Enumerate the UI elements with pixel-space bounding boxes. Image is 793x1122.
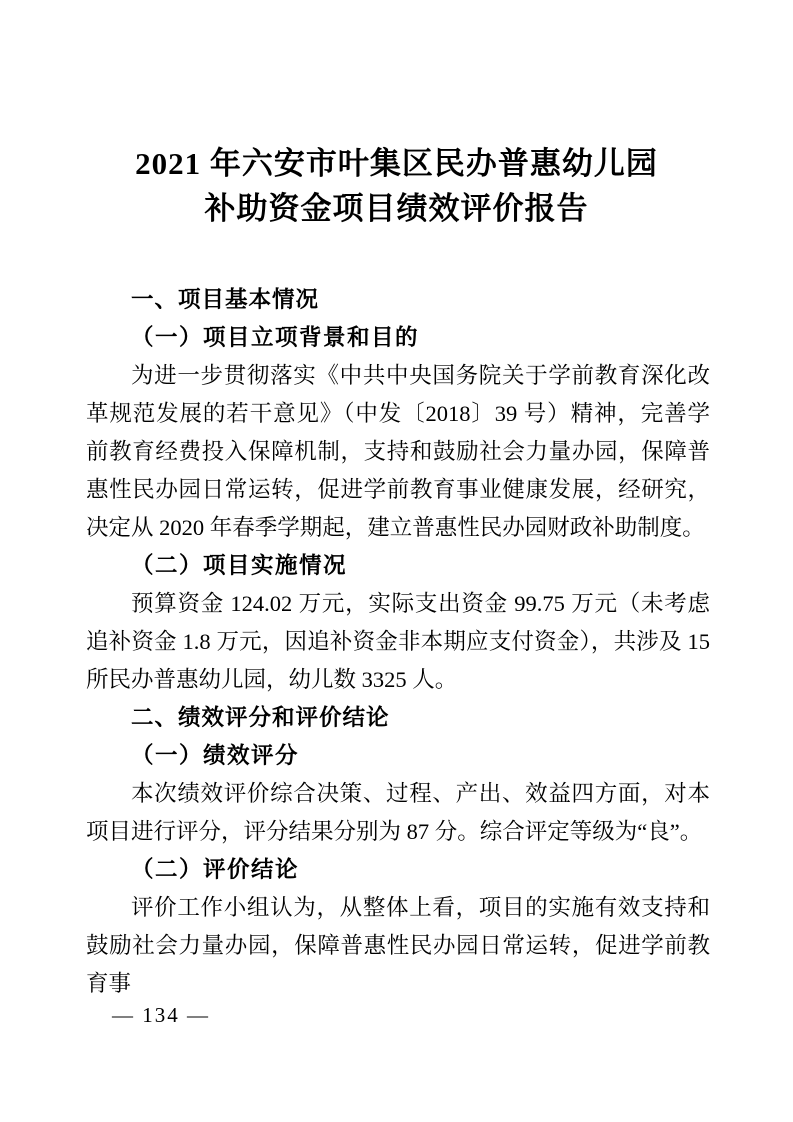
paragraph-performance-score: 本次绩效评价综合决策、过程、产出、效益四方面，对本项目进行评分，评分结果分别为 …	[86, 775, 710, 851]
paragraph-evaluation-conclusion: 评价工作小组认为，从整体上看，项目的实施有效支持和鼓励社会力量办园，保障普惠性民…	[86, 889, 710, 1003]
heading-performance-score-and-conclusion: 二、绩效评分和评价结论	[86, 699, 710, 737]
document-page: 2021 年六安市叶集区民办普惠幼儿园 补助资金项目绩效评价报告 一、项目基本情…	[0, 0, 793, 1122]
document-body: 一、项目基本情况 （一）项目立项背景和目的 为进一步贯彻落实《中共中央国务院关于…	[86, 281, 710, 1003]
document-title-line-2: 补助资金项目绩效评价报告	[0, 186, 793, 231]
heading-project-basic-info: 一、项目基本情况	[86, 281, 710, 319]
paragraph-project-implementation: 预算资金 124.02 万元，实际支出资金 99.75 万元（未考虑追补资金 1…	[86, 585, 710, 699]
document-title-line-1: 2021 年六安市叶集区民办普惠幼儿园	[0, 141, 793, 186]
page-number: — 134 —	[112, 1001, 210, 1029]
heading-evaluation-conclusion: （二）评价结论	[86, 851, 710, 889]
heading-project-background-purpose: （一）项目立项背景和目的	[86, 319, 710, 357]
document-title: 2021 年六安市叶集区民办普惠幼儿园 补助资金项目绩效评价报告	[0, 141, 793, 231]
heading-performance-score: （一）绩效评分	[86, 737, 710, 775]
heading-project-implementation: （二）项目实施情况	[86, 547, 710, 585]
paragraph-project-background: 为进一步贯彻落实《中共中央国务院关于学前教育深化改革规范发展的若干意见》（中发〔…	[86, 357, 710, 547]
